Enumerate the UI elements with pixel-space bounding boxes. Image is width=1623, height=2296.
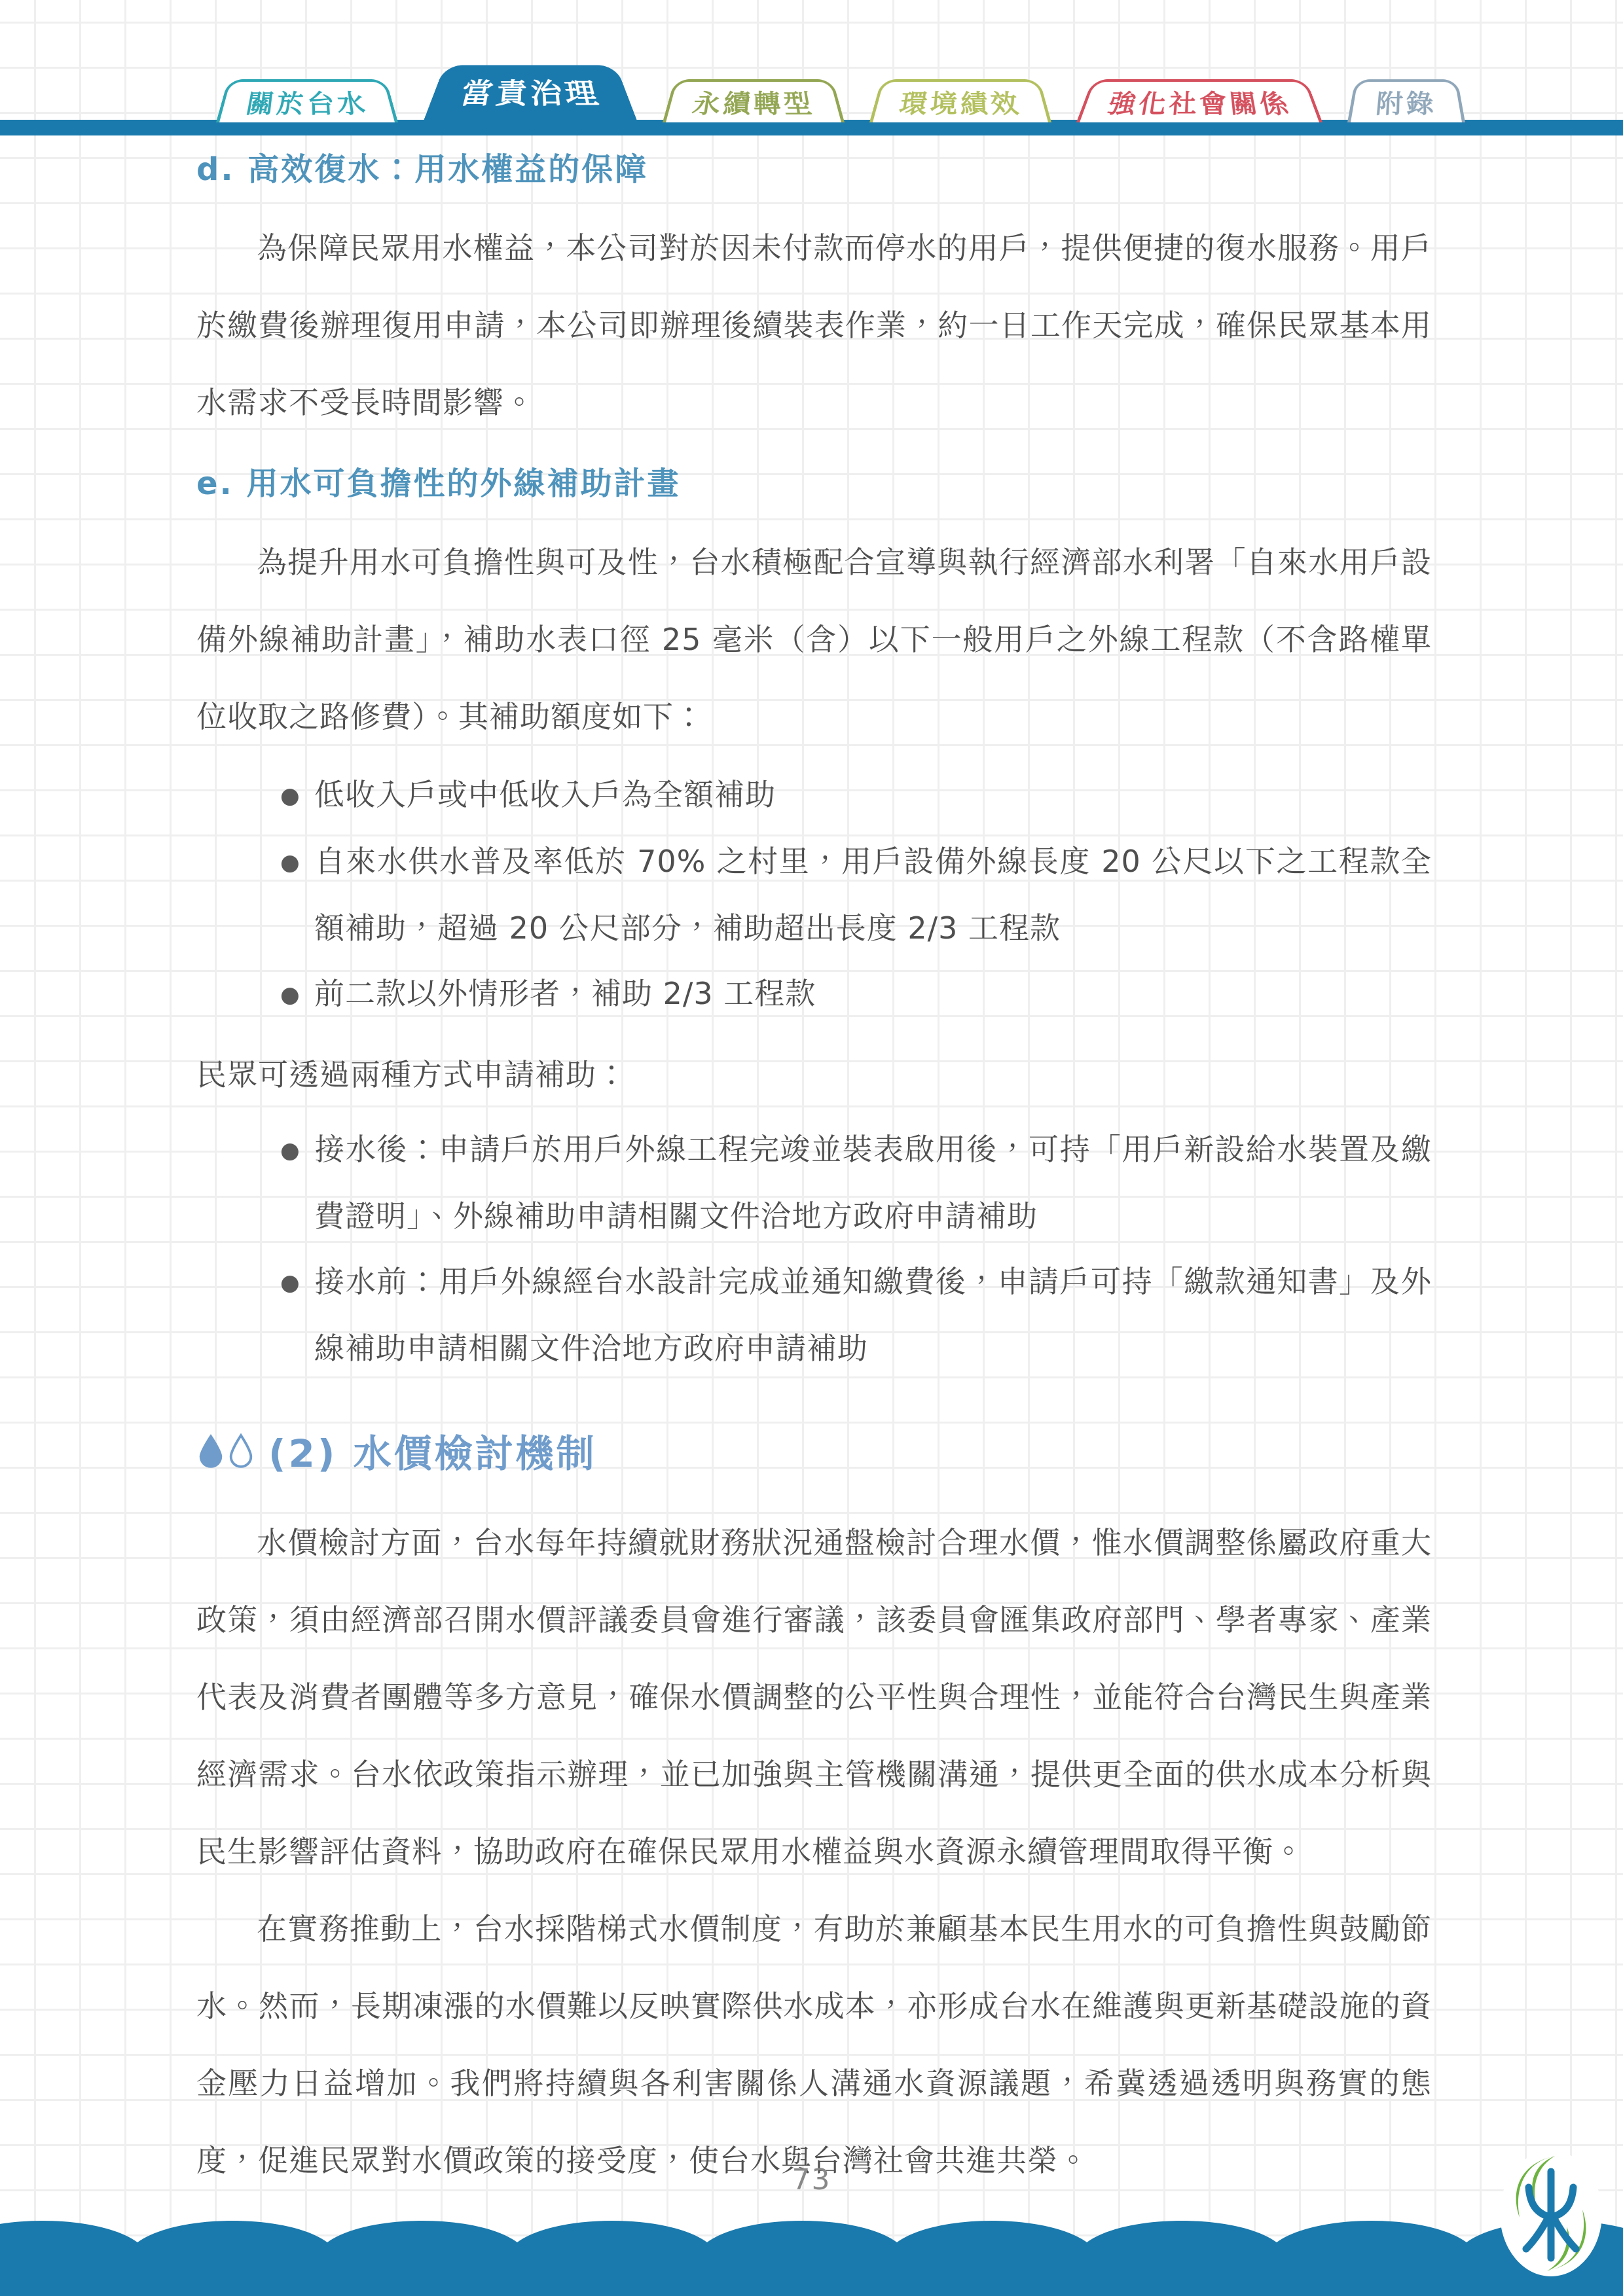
paragraph-price-review-1: 水價檢討方面，台水每年持續就財務狀況通盤檢討合理水價，惟水價調整係屬政府重大政策… bbox=[196, 1504, 1432, 1890]
list-item: ●自來水供水普及率低於 70% 之村里，用戶設備外線長度 20 公尺以下之工程款… bbox=[280, 829, 1432, 961]
paragraph-subsidy-program: 為提升用水可負擔性與可及性，台水積極配合宣導與執行經濟部水利署「自來水用戶設備外… bbox=[196, 524, 1432, 755]
tab-sustainable-transformation[interactable]: 永續轉型 bbox=[663, 79, 845, 122]
tab-label: 關於台水 bbox=[244, 84, 371, 120]
apply-method-list: ●接水後：申請戶於用戶外線工程完竣並裝表啟用後，可持「用戶新設給水裝置及繳費證明… bbox=[196, 1117, 1432, 1381]
list-item: ●前二款以外情形者，補助 2/3 工程款 bbox=[280, 961, 1432, 1028]
tab-label: 強化社會關係 bbox=[1104, 84, 1295, 120]
water-drop-filled-icon bbox=[196, 1432, 225, 1469]
tab-social-relations[interactable]: 強化社會關係 bbox=[1076, 79, 1322, 122]
subsidy-level-list: ●低收入戶或中低收入戶為全額補助 ●自來水供水普及率低於 70% 之村里，用戶設… bbox=[196, 762, 1432, 1028]
taiwan-water-logo bbox=[1499, 2149, 1603, 2278]
paragraph-price-review-2: 在實務推動上，台水採階梯式水價制度，有助於兼顧基本民生用水的可負擔性與鼓勵節水。… bbox=[196, 1890, 1432, 2199]
list-item-text: 接水後：申請戶於用戶外線工程完竣並裝表啟用後，可持「用戶新設給水裝置及繳費證明」… bbox=[314, 1132, 1432, 1234]
bullet-icon: ● bbox=[280, 1118, 314, 1183]
section-2-title: (2) 水價檢討機制 bbox=[268, 1423, 597, 1478]
list-item: ●接水後：申請戶於用戶外線工程完竣並裝表啟用後，可持「用戶新設給水裝置及繳費證明… bbox=[280, 1117, 1432, 1249]
page-content: d. 高效復水：用水權益的保障 為保障民眾用水權益，本公司對於因未付款而停水的用… bbox=[0, 0, 1623, 2199]
tab-appendix[interactable]: 附錄 bbox=[1347, 79, 1465, 122]
water-drop-icon bbox=[196, 1432, 255, 1469]
apply-method-intro: 民眾可透過兩種方式申請補助： bbox=[196, 1042, 1432, 1107]
tab-accountable-governance[interactable]: 當責治理 bbox=[423, 65, 638, 122]
tab-about-taiwan-water[interactable]: 關於台水 bbox=[216, 79, 398, 122]
heading-water-price-review: (2) 水價檢討機制 bbox=[196, 1423, 1432, 1478]
page-number: 73 bbox=[0, 2163, 1623, 2197]
tab-label: 當責治理 bbox=[456, 72, 604, 112]
list-item-text: 接水前：用戶外線經台水設計完成並通知繳費後，申請戶可持「繳款通知書」及外線補助申… bbox=[314, 1264, 1432, 1366]
list-item-text: 前二款以外情形者，補助 2/3 工程款 bbox=[314, 976, 816, 1011]
list-item-text: 低收入戶或中低收入戶為全額補助 bbox=[314, 777, 776, 812]
footer-wave-decoration bbox=[0, 2204, 1623, 2296]
bullet-icon: ● bbox=[280, 962, 314, 1028]
list-item-text: 自來水供水普及率低於 70% 之村里，用戶設備外線長度 20 公尺以下之工程款全… bbox=[314, 844, 1432, 946]
report-page: 關於台水 當責治理 永續轉型 環境績效 強化社會關係 附錄 d. 高效復水：用水… bbox=[0, 0, 1623, 2296]
heading-e-subsidy-program: e. 用水可負擔性的外線補助計畫 bbox=[196, 463, 1432, 504]
bullet-icon: ● bbox=[280, 763, 314, 829]
tab-label: 環境績效 bbox=[897, 84, 1025, 120]
bullet-icon: ● bbox=[280, 1250, 314, 1316]
heading-d-water-restoration: d. 高效復水：用水權益的保障 bbox=[196, 149, 1432, 190]
water-drop-outline-icon bbox=[227, 1432, 255, 1469]
tab-label: 永續轉型 bbox=[690, 84, 818, 120]
bullet-icon: ● bbox=[280, 830, 314, 895]
tab-environmental-performance[interactable]: 環境績效 bbox=[869, 79, 1051, 122]
list-item: ●低收入戶或中低收入戶為全額補助 bbox=[280, 762, 1432, 829]
tab-label: 附錄 bbox=[1374, 84, 1438, 120]
section-tab-nav: 關於台水 當責治理 永續轉型 環境績效 強化社會關係 附錄 bbox=[216, 0, 1465, 122]
paragraph-water-restoration: 為保障民眾用水權益，本公司對於因未付款而停水的用戶，提供便捷的復水服務。用戶於繳… bbox=[196, 209, 1432, 441]
list-item: ●接水前：用戶外線經台水設計完成並通知繳費後，申請戶可持「繳款通知書」及外線補助… bbox=[280, 1249, 1432, 1381]
